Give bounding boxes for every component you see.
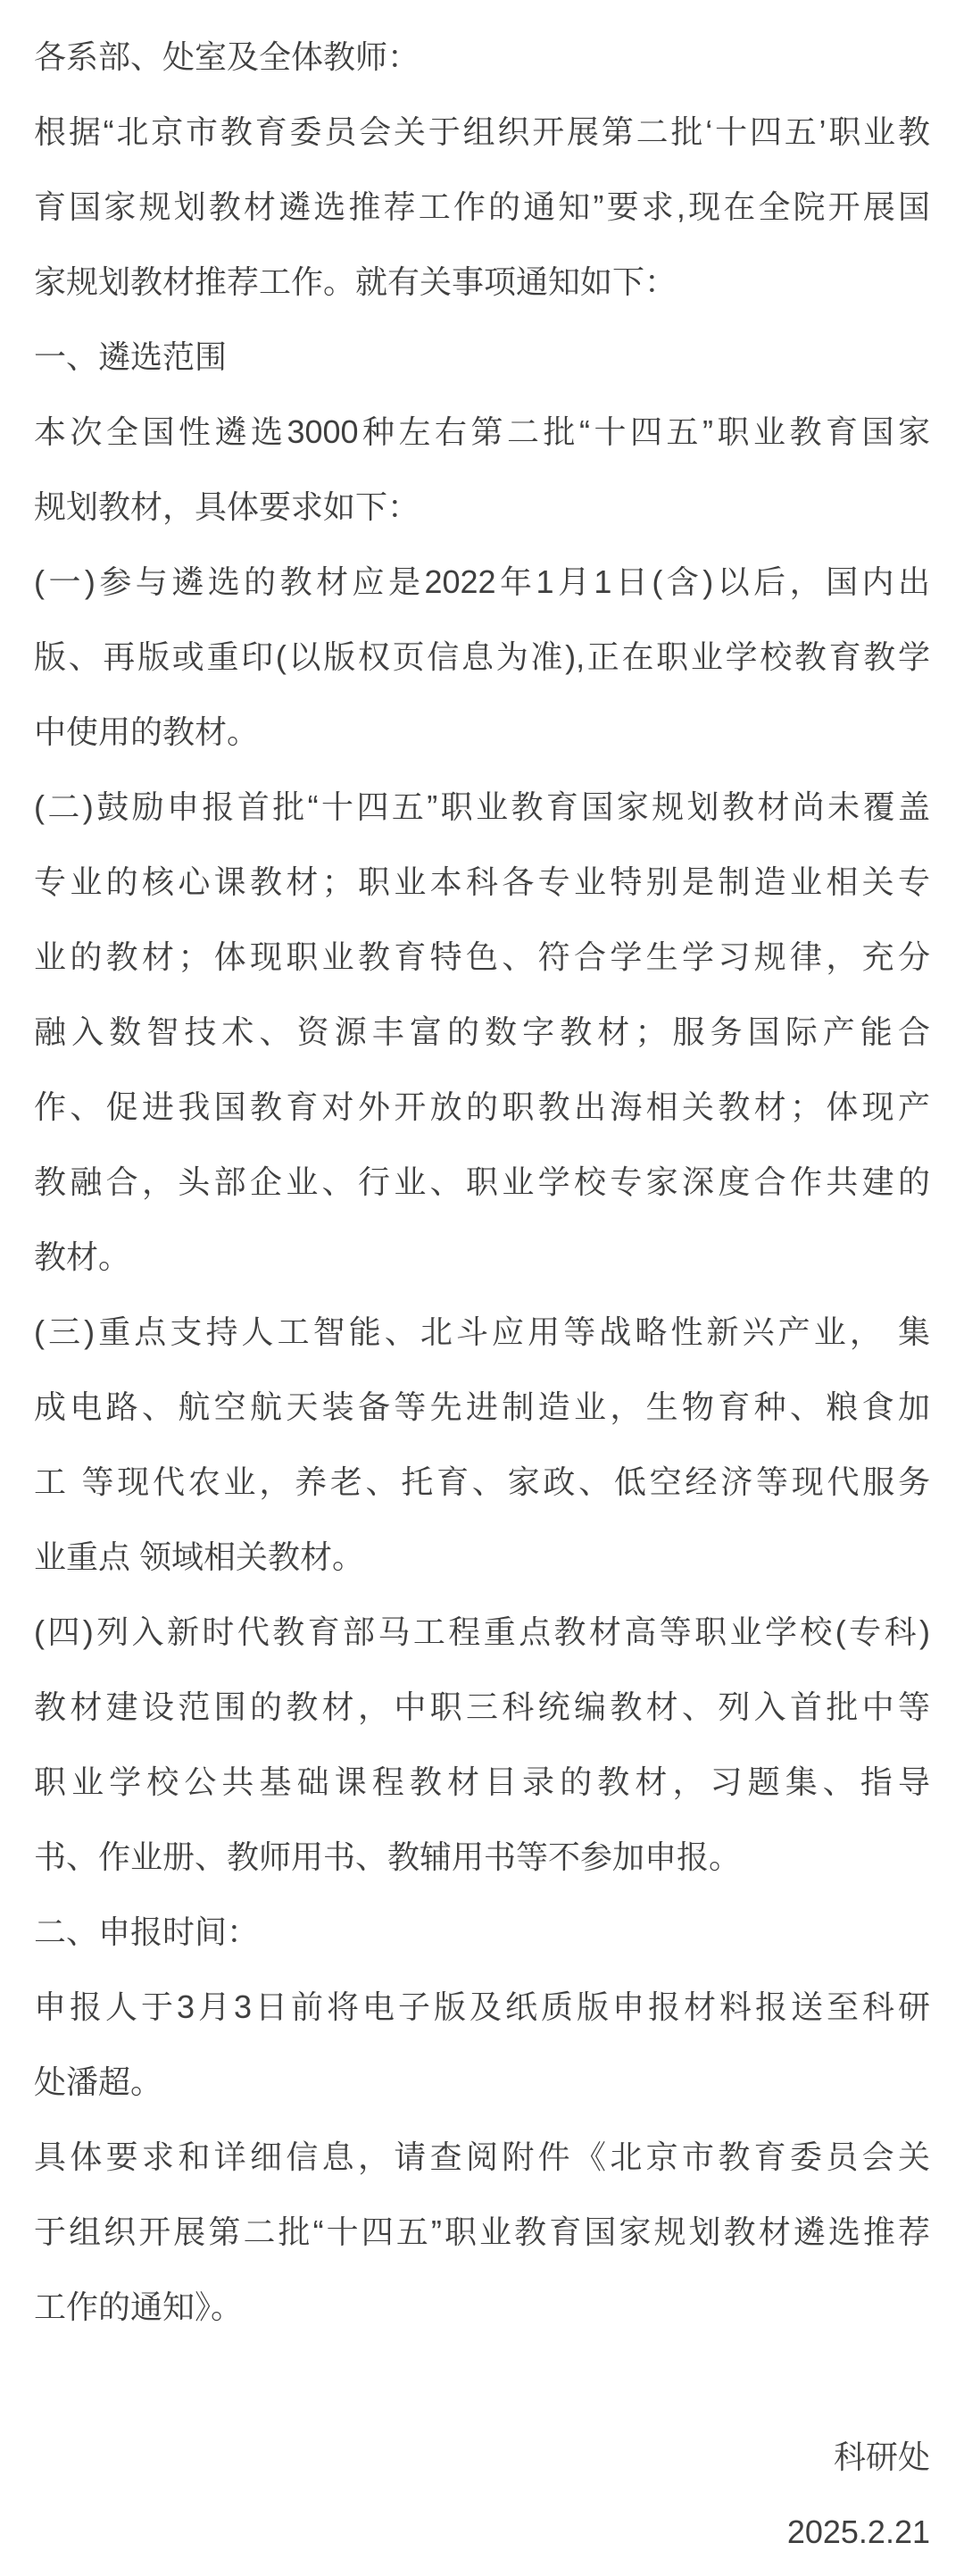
text-line: 专业的核心课教材；职业本科各专业特别是制造业相关专 (34, 845, 930, 920)
text-line: 工作的通知》。 (34, 2270, 930, 2345)
text-line: 育国家规划教材遴选推荐工作的通知”要求,现在全院开展国 (34, 170, 930, 245)
text-line: 版、再版或重印(以版权页信息为准),正在职业学校教育教学 (34, 620, 930, 695)
section-2-heading: 二、申报时间： (34, 1895, 930, 1970)
text-line: 成电路、航空航天装备等先进制造业，生物育种、粮食加 (34, 1370, 930, 1445)
notice-document: 各系部、处室及全体教师：根据“北京市教育委员会关于组织开展第二批‘十四五’职业教… (0, 0, 964, 2570)
text-line: 具体要求和详细信息，请查阅附件《北京市教育委员会关 (34, 2120, 930, 2195)
text-line: 教材。 (34, 1220, 930, 1295)
text-line: 融入数智技术、资源丰富的数字教材；服务国际产能合 (34, 995, 930, 1070)
text-line: 业的教材；体现职业教育特色、符合学生学习规律，充分 (34, 920, 930, 995)
text-line: (三)重点支持人工智能、北斗应用等战略性新兴产业， 集 (34, 1295, 930, 1370)
text-line: 书、作业册、教师用书、教辅用书等不参加申报。 (34, 1820, 930, 1895)
text-line: 作、促进我国教育对外开放的职教出海相关教材；体现产 (34, 1070, 930, 1145)
text-line: 工 等现代农业，养老、托育、家政、低空经济等现代服务 (34, 1445, 930, 1520)
text-line: 职业学校公共基础课程教材目录的教材，习题集、指导 (34, 1745, 930, 1820)
text-line: 本次全国性遴选3000种左右第二批“十四五”职业教育国家 (34, 395, 930, 470)
text-line: 规划教材，具体要求如下： (34, 470, 930, 545)
text-line: (一)参与遴选的教材应是2022年1月1日(含)以后，国内出 (34, 545, 930, 620)
signature: 科研处 (34, 2420, 930, 2495)
text-line: 申报人于3月3日前将电子版及纸质版申报材料报送至科研 (34, 1970, 930, 2045)
text-line: 根据“北京市教育委员会关于组织开展第二批‘十四五’职业教 (34, 95, 930, 170)
page: { "page": { "width": 1080, "height": 288… (0, 0, 964, 2576)
date: 2025.2.21 (34, 2495, 930, 2570)
section-1-heading: 一、遴选范围 (34, 320, 930, 395)
text-line: 家规划教材推荐工作。就有关事项通知如下： (34, 245, 930, 320)
text-line: 中使用的教材。 (34, 695, 930, 770)
text-line: 业重点 领域相关教材。 (34, 1520, 930, 1595)
notice-body: 各系部、处室及全体教师：根据“北京市教育委员会关于组织开展第二批‘十四五’职业教… (34, 20, 930, 2570)
spacer-line (34, 2345, 930, 2420)
text-line: (二)鼓励申报首批“十四五”职业教育国家规划教材尚未覆盖 (34, 770, 930, 845)
salutation: 各系部、处室及全体教师： (34, 20, 930, 95)
text-line: (四)列入新时代教育部马工程重点教材高等职业学校(专科) (34, 1595, 930, 1670)
text-line: 教材建设范围的教材，中职三科统编教材、列入首批中等 (34, 1670, 930, 1745)
text-line: 教融合，头部企业、行业、职业学校专家深度合作共建的 (34, 1145, 930, 1220)
text-line: 处潘超。 (34, 2045, 930, 2120)
text-line: 于组织开展第二批“十四五”职业教育国家规划教材遴选推荐 (34, 2195, 930, 2270)
